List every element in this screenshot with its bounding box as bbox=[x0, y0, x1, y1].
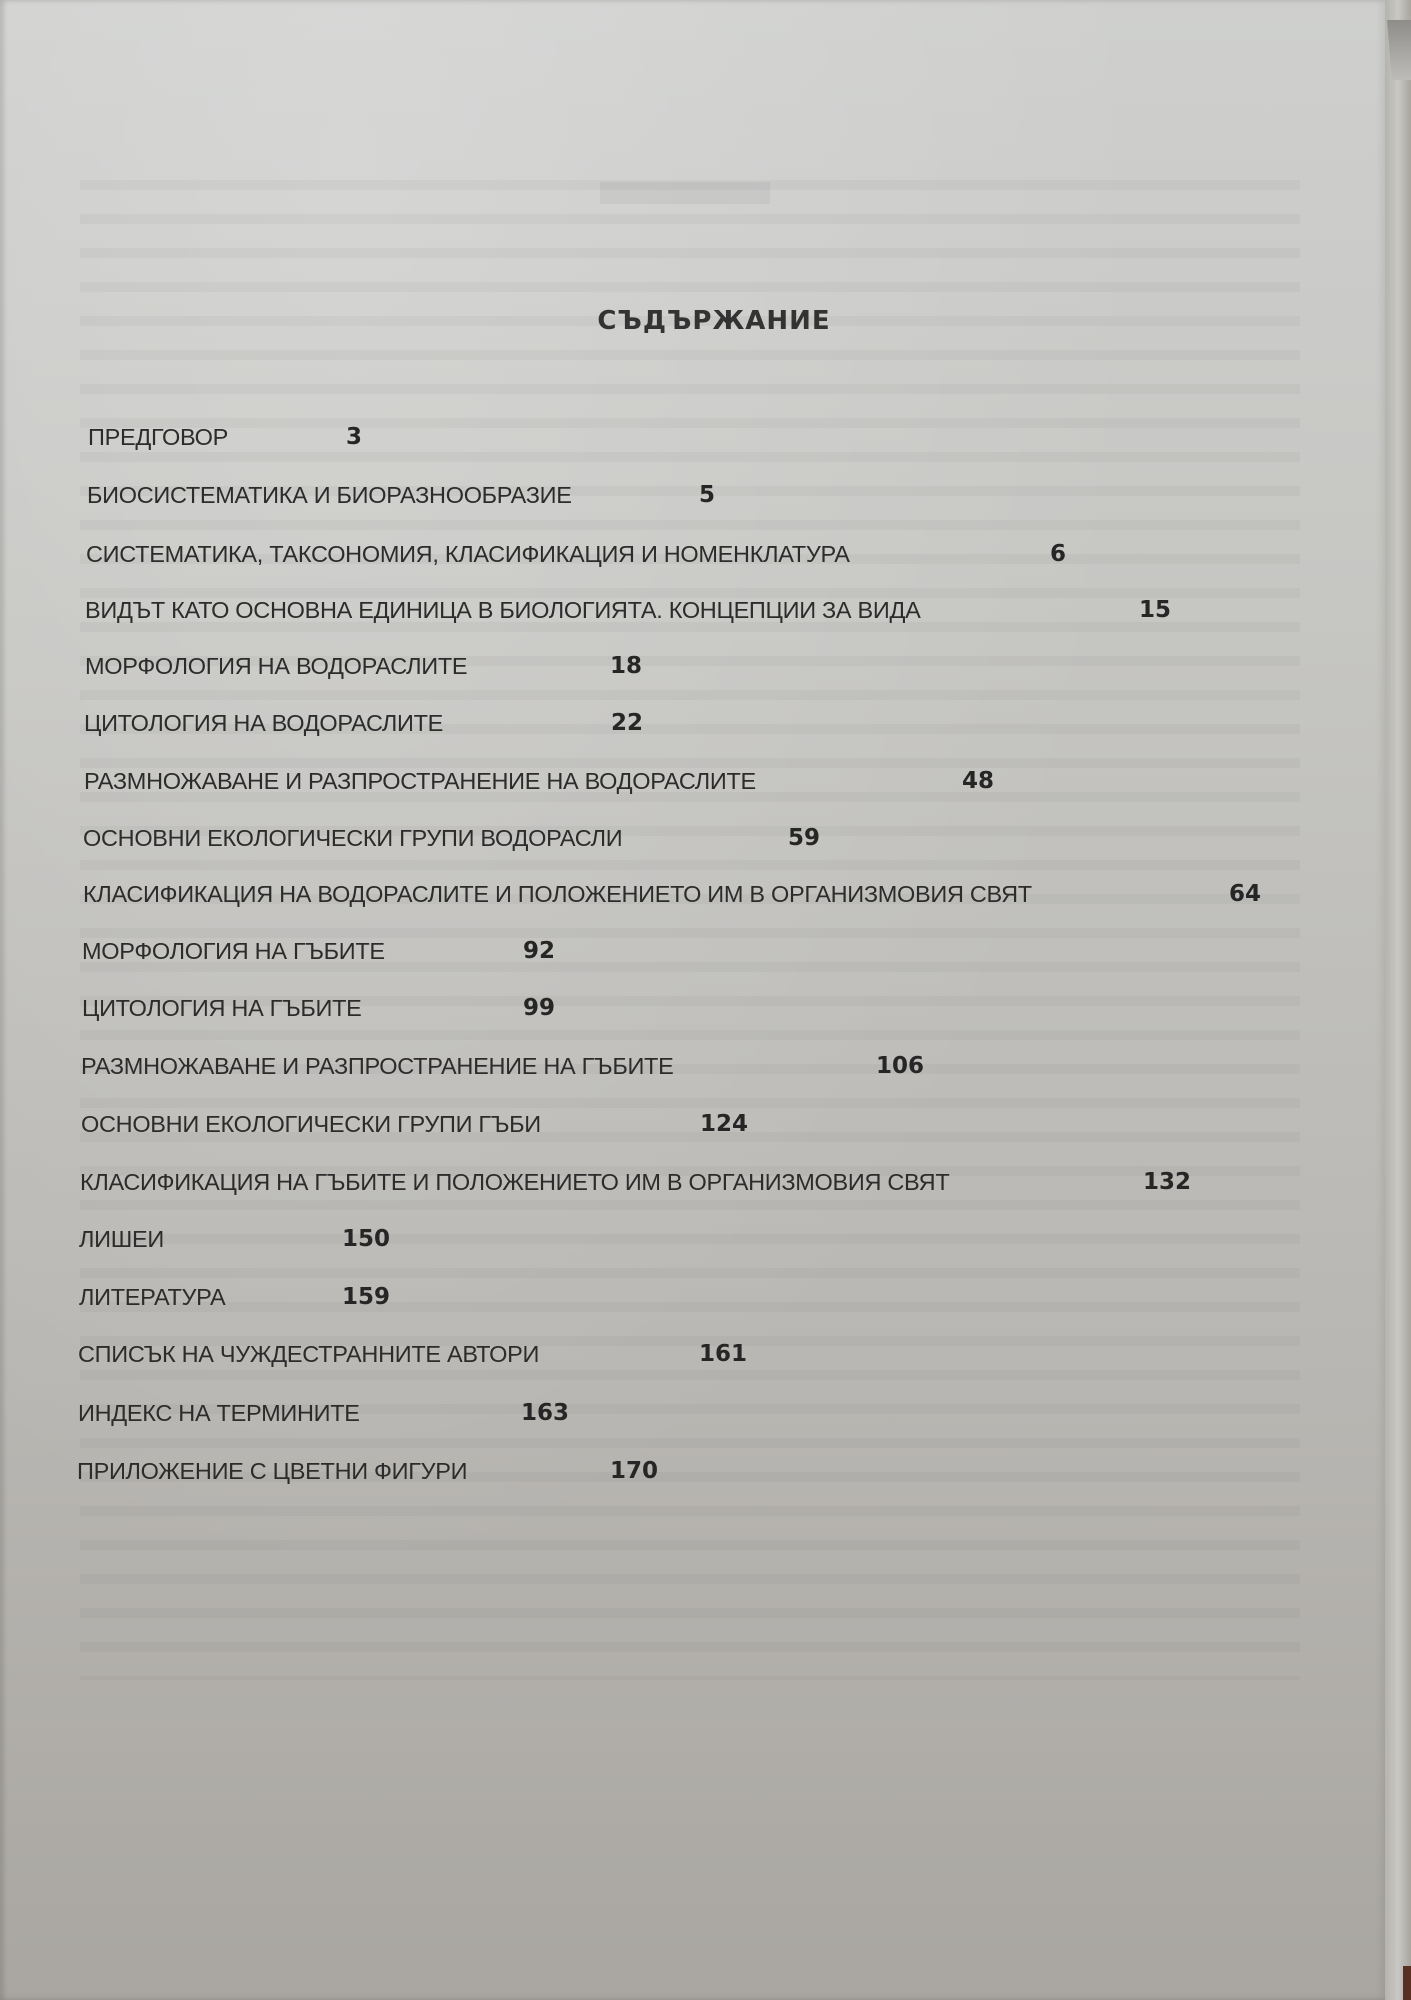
toc-entry-label: МОРФОЛОГИЯ НА ВОДОРАСЛИТЕ bbox=[85, 649, 467, 683]
toc-entry-page: 99 bbox=[523, 991, 555, 1025]
page-title: СЪДЪРЖАНИЕ bbox=[0, 306, 1388, 336]
toc-entry-label: ПРИЛОЖЕНИЕ С ЦВЕТНИ ФИГУРИ bbox=[77, 1454, 467, 1488]
toc-entry-label: ЦИТОЛОГИЯ НА ГЪБИТЕ bbox=[82, 991, 362, 1025]
next-page-edge bbox=[1385, 0, 1411, 2000]
toc-entry-label: ОСНОВНИ ЕКОЛОГИЧЕСКИ ГРУПИ ГЪБИ bbox=[81, 1107, 541, 1141]
toc-entry-label: КЛАСИФИКАЦИЯ НА ГЪБИТЕ И ПОЛОЖЕНИЕТО ИМ … bbox=[80, 1165, 949, 1199]
toc-entry-label: СПИСЪК НА ЧУЖДЕСТРАННИТЕ АВТОРИ bbox=[78, 1337, 539, 1371]
toc-entry-label: РАЗМНОЖАВАНЕ И РАЗПРОСТРАНЕНИЕ НА ГЪБИТЕ bbox=[81, 1049, 673, 1083]
toc-entry-page: 170 bbox=[610, 1454, 658, 1488]
toc-entry-page: 163 bbox=[521, 1396, 569, 1430]
toc-entry-label: ПРЕДГОВОР bbox=[88, 420, 228, 454]
toc-entry-label: ЛИШЕИ bbox=[79, 1222, 164, 1256]
toc-entry-page: 22 bbox=[611, 706, 643, 740]
toc-entry-label: БИОСИСТЕМАТИКА И БИОРАЗНООБРАЗИЕ bbox=[87, 478, 572, 512]
toc-entry-label: ОСНОВНИ ЕКОЛОГИЧЕСКИ ГРУПИ ВОДОРАСЛИ bbox=[83, 821, 622, 855]
bleed-through-heading bbox=[600, 182, 770, 204]
toc-entry-label: РАЗМНОЖАВАНЕ И РАЗПРОСТРАНЕНИЕ НА ВОДОРА… bbox=[84, 764, 756, 798]
toc-entry-page: 15 bbox=[1139, 593, 1171, 627]
toc-entry-label: ЛИТЕРАТУРА bbox=[79, 1280, 225, 1314]
toc-entry-page: 18 bbox=[610, 649, 642, 683]
toc-entry-page: 3 bbox=[346, 420, 362, 454]
toc-entry-label: МОРФОЛОГИЯ НА ГЪБИТЕ bbox=[82, 934, 385, 968]
toc-entry-page: 106 bbox=[876, 1049, 924, 1083]
toc-entry-label: КЛАСИФИКАЦИЯ НА ВОДОРАСЛИТЕ И ПОЛОЖЕНИЕТ… bbox=[83, 877, 1032, 911]
toc-entry-page: 132 bbox=[1143, 1165, 1191, 1199]
toc-entry-label: ЦИТОЛОГИЯ НА ВОДОРАСЛИТЕ bbox=[84, 706, 443, 740]
toc-entry-page: 64 bbox=[1229, 877, 1261, 911]
toc-entry-page: 5 bbox=[699, 478, 715, 512]
toc-entry-page: 159 bbox=[342, 1280, 390, 1314]
toc-entry-page: 92 bbox=[523, 934, 555, 968]
toc-entry-label: ВИДЪТ КАТО ОСНОВНА ЕДИНИЦА В БИОЛОГИЯТА.… bbox=[85, 593, 920, 627]
toc-entry-page: 124 bbox=[700, 1107, 748, 1141]
toc-entry-page: 59 bbox=[788, 821, 820, 855]
toc-entry-label: СИСТЕМАТИКА, ТАКСОНОМИЯ, КЛАСИФИКАЦИЯ И … bbox=[86, 537, 850, 571]
toc-entry-page: 161 bbox=[699, 1337, 747, 1371]
toc-entry-page: 150 bbox=[342, 1222, 390, 1256]
book-page: СЪДЪРЖАНИЕ ПРЕДГОВОР 3 БИОСИСТЕМАТИКА И … bbox=[0, 0, 1388, 2000]
toc-entry-page: 48 bbox=[962, 764, 994, 798]
background-corner bbox=[1403, 1966, 1411, 2000]
toc-entry-page: 6 bbox=[1050, 537, 1066, 571]
toc-entry-label: ИНДЕКС НА ТЕРМИНИТЕ bbox=[78, 1396, 360, 1430]
